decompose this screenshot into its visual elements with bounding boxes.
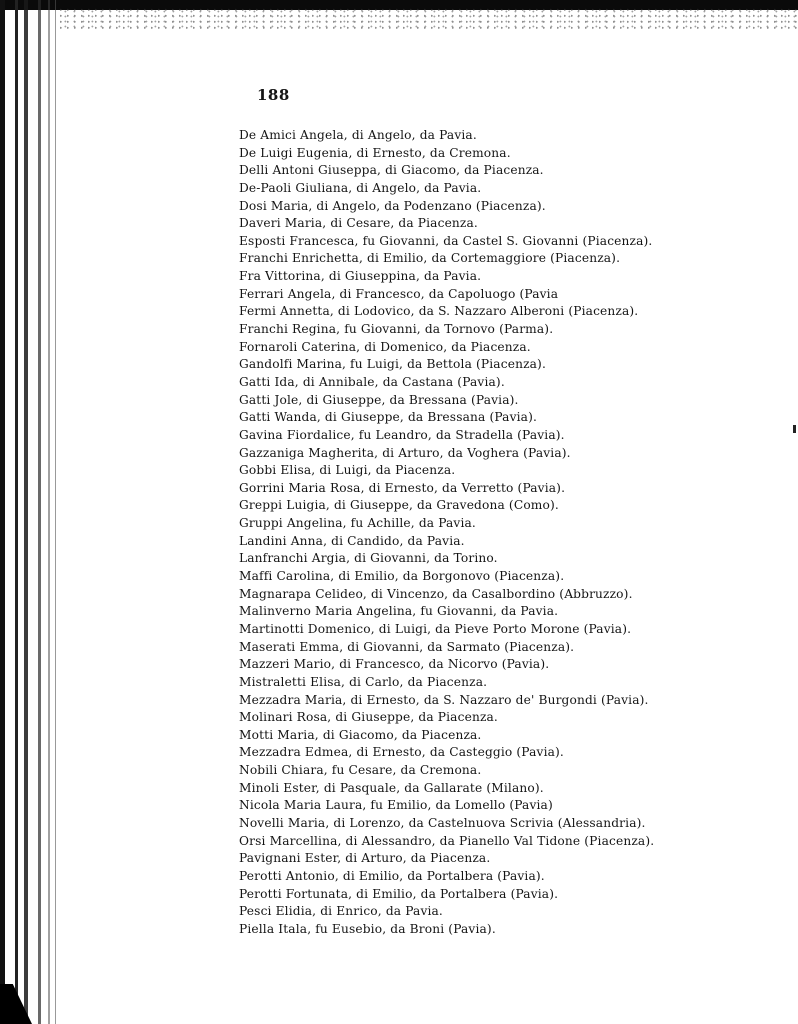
list-item: Dosi Maria, di Angelo, da Podenzano (Pia… xyxy=(239,198,654,216)
list-item: Gruppi Angelina, fu Achille, da Pavia. xyxy=(239,515,654,533)
list-item: Fra Vittorina, di Giuseppina, da Pavia. xyxy=(239,268,654,286)
list-item: Perotti Antonio, di Emilio, da Portalber… xyxy=(239,868,654,886)
list-item: Malinverno Maria Angelina, fu Giovanni, … xyxy=(239,603,654,621)
scan-noise xyxy=(60,8,798,30)
list-item: Orsi Marcellina, di Alessandro, da Piane… xyxy=(239,833,654,851)
list-item: Fermi Annetta, di Lodovico, da S. Nazzar… xyxy=(239,303,654,321)
list-item: Fornaroli Caterina, di Domenico, da Piac… xyxy=(239,339,654,357)
book-binding-shadow xyxy=(48,0,50,1024)
list-item: Gazzaniga Magherita, di Arturo, da Voghe… xyxy=(239,445,654,463)
list-item: Piella Itala, fu Eusebio, da Broni (Pavi… xyxy=(239,921,654,939)
list-item: Perotti Fortunata, di Emilio, da Portalb… xyxy=(239,886,654,904)
list-item: Delli Antoni Giuseppa, di Giacomo, da Pi… xyxy=(239,162,654,180)
page-number: 188 xyxy=(257,86,290,104)
book-binding-shadow xyxy=(24,0,28,1024)
name-list: De Amici Angela, di Angelo, da Pavia. De… xyxy=(239,127,654,938)
list-item: Daveri Maria, di Cesare, da Piacenza. xyxy=(239,215,654,233)
list-item: Gatti Ida, di Annibale, da Castana (Pavi… xyxy=(239,374,654,392)
list-item: Minoli Ester, di Pasquale, da Gallarate … xyxy=(239,780,654,798)
list-item: Landini Anna, di Candido, da Pavia. xyxy=(239,533,654,551)
list-item: Maffi Carolina, di Emilio, da Borgonovo … xyxy=(239,568,654,586)
list-item: Mistraletti Elisa, di Carlo, da Piacenza… xyxy=(239,674,654,692)
list-item: Gatti Wanda, di Giuseppe, da Bressana (P… xyxy=(239,409,654,427)
book-binding-shadow xyxy=(15,0,18,1024)
list-item: Gobbi Elisa, di Luigi, da Piacenza. xyxy=(239,462,654,480)
list-item: Ferrari Angela, di Francesco, da Capoluo… xyxy=(239,286,654,304)
book-binding-shadow xyxy=(38,0,41,1024)
list-item: Gandolfi Marina, fu Luigi, da Bettola (P… xyxy=(239,356,654,374)
list-item: Mezzadra Maria, di Ernesto, da S. Nazzar… xyxy=(239,692,654,710)
list-item: Novelli Maria, di Lorenzo, da Castelnuov… xyxy=(239,815,654,833)
list-item: Mezzadra Edmea, di Ernesto, da Casteggio… xyxy=(239,744,654,762)
book-binding-shadow xyxy=(55,0,56,1024)
list-item: Molinari Rosa, di Giuseppe, da Piacenza. xyxy=(239,709,654,727)
list-item: Pesci Elidia, di Enrico, da Pavia. xyxy=(239,903,654,921)
list-item: Franchi Enrichetta, di Emilio, da Cortem… xyxy=(239,250,654,268)
list-item: Motti Maria, di Giacomo, da Piacenza. xyxy=(239,727,654,745)
list-item: Gorrini Maria Rosa, di Ernesto, da Verre… xyxy=(239,480,654,498)
list-item: Martinotti Domenico, di Luigi, da Pieve … xyxy=(239,621,654,639)
list-item: Gatti Jole, di Giuseppe, da Bressana (Pa… xyxy=(239,392,654,410)
list-item: Pavignani Ester, di Arturo, da Piacenza. xyxy=(239,850,654,868)
list-item: De-Paoli Giuliana, di Angelo, da Pavia. xyxy=(239,180,654,198)
list-item: Greppi Luigia, di Giuseppe, da Gravedona… xyxy=(239,497,654,515)
list-item: Magnarapa Celideo, di Vincenzo, da Casal… xyxy=(239,586,654,604)
list-item: Esposti Francesca, fu Giovanni, da Caste… xyxy=(239,233,654,251)
list-item: Lanfranchi Argia, di Giovanni, da Torino… xyxy=(239,550,654,568)
list-item: Gavina Fiordalice, fu Leandro, da Strade… xyxy=(239,427,654,445)
list-item: De Amici Angela, di Angelo, da Pavia. xyxy=(239,127,654,145)
list-item: De Luigi Eugenia, di Ernesto, da Cremona… xyxy=(239,145,654,163)
list-item: Mazzeri Mario, di Francesco, da Nicorvo … xyxy=(239,656,654,674)
book-binding-edge xyxy=(0,0,5,1024)
scan-edge-mark xyxy=(793,425,796,433)
list-item: Nicola Maria Laura, fu Emilio, da Lomell… xyxy=(239,797,654,815)
list-item: Maserati Emma, di Giovanni, da Sarmato (… xyxy=(239,639,654,657)
list-item: Nobili Chiara, fu Cesare, da Cremona. xyxy=(239,762,654,780)
list-item: Franchi Regina, fu Giovanni, da Tornovo … xyxy=(239,321,654,339)
